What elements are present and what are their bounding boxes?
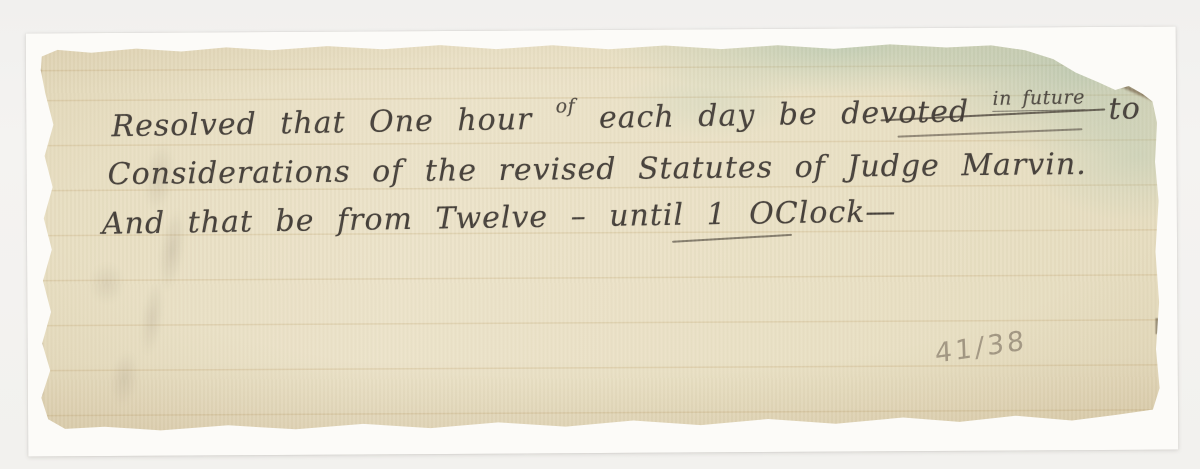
line1-text: each day be devoted	[599, 94, 970, 135]
scan-background: Resolved that One hour of each day be de…	[0, 0, 1200, 469]
manuscript-paper: Resolved that One hour of each day be de…	[35, 37, 1162, 433]
line1-insert-in-future: in future	[992, 86, 1085, 112]
ink-flourish-stroke	[672, 234, 792, 243]
pencil-archival-number: 41/38	[934, 325, 1027, 370]
handwritten-line-3: And that be from Twelve – until 1 OClock…	[102, 194, 897, 241]
line1-text: Resolved that One hour	[111, 102, 532, 144]
handwritten-line-2: Considerations of the revised Statutes o…	[108, 147, 1087, 192]
line1-insert-of: of	[555, 95, 575, 117]
handwritten-line-1: Resolved that One hour of each day be de…	[111, 90, 1200, 144]
